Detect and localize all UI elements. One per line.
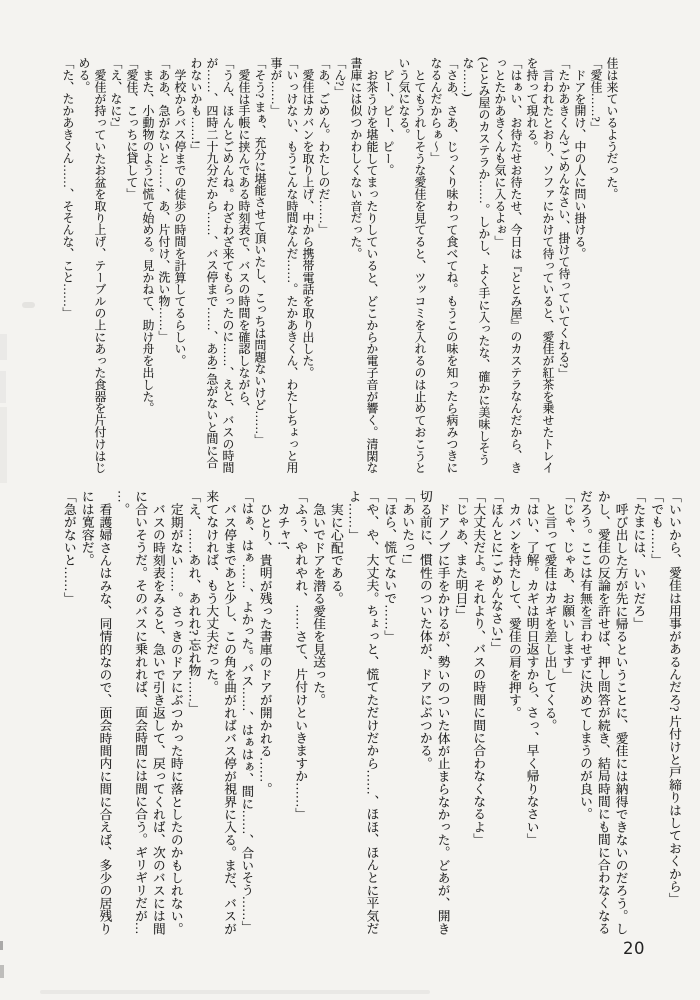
- paragraph: 実に心配である。: [326, 490, 344, 935]
- paragraph: 看護婦さんはみな、同情的なので、面会時間内に間に合えば、多少の居残りには寛容だ。: [77, 490, 113, 935]
- scan-artifact: [0, 965, 4, 978]
- paragraph: 「や、や、大丈夫。ちょっと、慌てただけだから……、ほほ、ほんとに平気だよ……」: [344, 490, 380, 935]
- paragraph: 「あ、ごめん。わたしのだ……」: [316, 57, 332, 474]
- text-block-upper: 佳は来ているようだった。「愛佳……?」ドアを開け、中の人に問い掛ける。「たかあき…: [60, 57, 620, 474]
- paragraph: 「急がないと……」: [59, 490, 77, 935]
- paragraph: 定期がない……。さっきのドアにぶつかった時に落としたのかもしれない。: [166, 490, 184, 935]
- scan-artifact: [22, 302, 35, 308]
- paragraph: ひとり、貴明が残った書庫のドアが開かれる……。: [255, 490, 273, 935]
- paragraph: 「ん?」: [332, 57, 348, 474]
- paragraph: 呼び出した方が先に帰るということに、愛佳には納得できないのだろう。しかし、愛佳の…: [575, 490, 628, 935]
- paragraph: 「たまには、いいだろ」: [629, 490, 647, 935]
- paragraph: 言われたとおり、ソファにかけて待っていると、愛佳が紅茶を乗せたトレイを持って現れ…: [524, 57, 556, 474]
- paragraph: 「愛佳……?」: [588, 57, 604, 474]
- scan-artifact: [0, 334, 7, 360]
- paragraph: 学校からバス停までの徒歩の時間を計算してるらしい。: [172, 57, 188, 474]
- scan-artifact: [40, 990, 430, 994]
- paragraph: バス停まであと少し、この角を曲がればバス停が視界に入る。まだ、バスが来てなければ…: [201, 490, 237, 935]
- paragraph: 「ほんとに! ごめんなさい!」: [486, 490, 504, 935]
- scan-artifact: [0, 371, 6, 403]
- paragraph: 「大丈夫だよ。それより、バスの時間に間に合わなくなるよ」: [468, 490, 486, 935]
- paragraph: 「た、たかあきくん……、そそんな、こと……」: [60, 57, 76, 474]
- paragraph: 「じゃ、じゃあ、お願いします」: [557, 490, 575, 935]
- paragraph: 「あいたっ!」: [397, 490, 415, 935]
- paragraph: ピー、ピー、ピー。: [380, 57, 396, 474]
- paragraph: 「はぁ、はぁ……、よかった。バス……、はぁはぁ、間に……、合いそう……」: [237, 490, 255, 935]
- paragraph: と言って愛佳はカギを差し出してくる。: [540, 490, 558, 935]
- paragraph: 「そう? まぁ、充分に堪能させて頂いたし、こっちは問題ないけど……」: [252, 57, 268, 474]
- paragraph: 「愛佳、こっちに貸して」: [124, 57, 140, 474]
- paragraph: お茶うけを堪能してまったりしていると、どこからか電子音が響く。清閑な書庫には似つ…: [348, 57, 380, 474]
- paragraph: また、小動物のように慌て始める。見かねて、助け舟を出した。: [140, 57, 156, 474]
- paragraph: 「え、……あれ、あれれ? 忘れ物……」: [184, 490, 202, 935]
- text-block-lower: 「いいから、愛佳は用事があるんだろ? 片付けと戸締りはしておくから」「でも……」…: [59, 490, 682, 935]
- paragraph: とてもうれしそうな愛佳を見てると、ツッコミを入れるのは止めておこうという気になる…: [396, 57, 428, 474]
- paragraph: バスの時刻表をみると、急いで引き返して、戻ってくれば、次のバスには間に合いそうだ…: [113, 490, 166, 935]
- paragraph: カバンを持たして、愛佳の肩を押す。: [504, 490, 522, 935]
- paragraph: カチャ!、: [273, 490, 291, 935]
- paragraph: 「うん、ほんとごめんね。わざわざ来てもらったのに……、えと、バスの時間が……、四…: [188, 57, 236, 474]
- paragraph: 「はぁい、お待たせお待たせ、今日は『ととみ屋』のカステラなんだから、きっとたかあ…: [492, 57, 524, 474]
- paragraph: 「ああ、急がないと……、あ、片付け、洗い物……」: [156, 57, 172, 474]
- paragraph: 佳は来ているようだった。: [604, 57, 620, 474]
- scan-artifact: [0, 941, 3, 950]
- paragraph: 「いっけない、もうこんな時間なんだ……。たかあきくん、わたしちょっと用事が……」: [268, 57, 300, 474]
- paragraph: (ととみ屋のカステラか……。しかし、よく手に入ったな、確かに美味しそうな……): [460, 57, 492, 474]
- paragraph: 愛佳は手帳に挟んである時刻表で、バスの時間を確認しながら、: [236, 57, 252, 474]
- scan-artifact: [0, 407, 7, 483]
- paragraph: 「はい、了解。カギは明日返すから、さっ、早く帰りなさい」: [522, 490, 540, 935]
- paragraph: 「でも……」: [646, 490, 664, 935]
- paragraph: 「さあ、さあ、じっくり味わって食べてね。もうこの味を知ったら病みつきになるんだか…: [428, 57, 460, 474]
- paragraph: 「え、なに?」: [108, 57, 124, 474]
- scanned-novel-page: 佳は来ているようだった。「愛佳……?」ドアを開け、中の人に問い掛ける。「たかあき…: [0, 0, 700, 1000]
- page-number: 20: [623, 939, 645, 958]
- paragraph: 愛佳はカバンを取り上げ、中から携帯電話を取り出した。: [300, 57, 316, 474]
- paragraph: ドアを開け、中の人に問い掛ける。: [572, 57, 588, 474]
- paragraph: 「じゃあ、また明日!」: [451, 490, 469, 935]
- paragraph: 「いいから、愛佳は用事があるんだろ? 片付けと戸締りはしておくから」: [664, 490, 682, 935]
- paragraph: 愛佳が持っていたお盆を取り上げ、テーブルの上にあった食器を片付けはじめる。: [76, 57, 108, 474]
- paragraph: ドアノブに手をかけるが、勢いのついた体が止まらなかった。どあが、開き切る前に、慣…: [415, 490, 451, 935]
- paragraph: 「ほら、慌てないで……」: [379, 490, 397, 935]
- paragraph: 「たかあきくん? ごめんなさい、掛けて待っていてくれる?」: [556, 57, 572, 474]
- paragraph: 「ふぅ、やれやれ、……さて、片付けといきますか……」: [290, 490, 308, 935]
- paragraph: 急いでドアを潜る愛佳を見送った。: [308, 490, 326, 935]
